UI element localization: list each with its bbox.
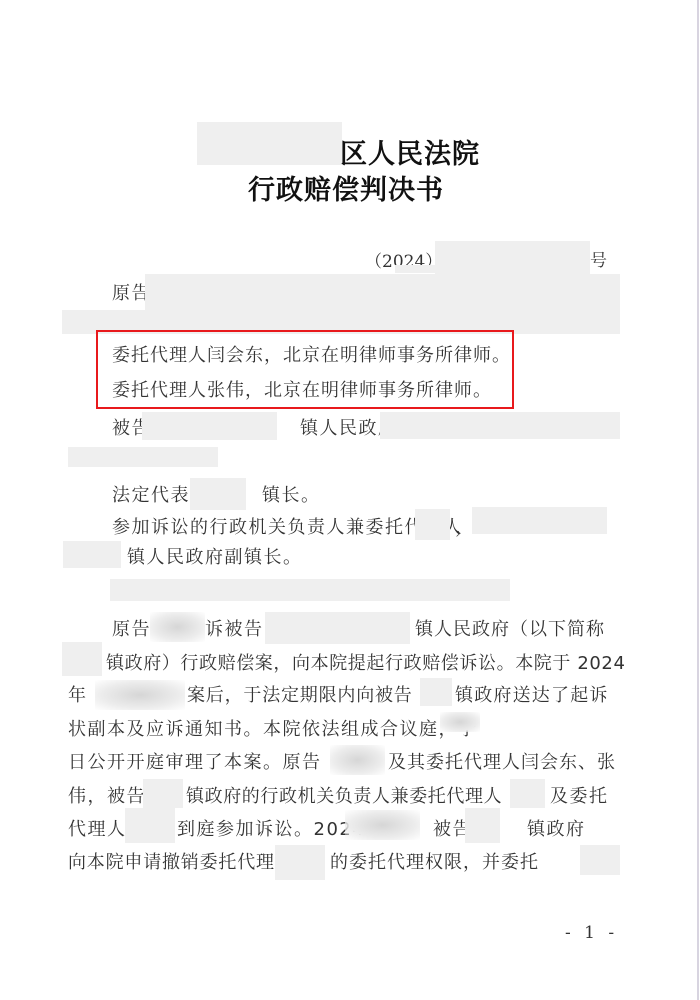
redacted-defendant-name: [142, 412, 277, 440]
para-line-8a: 向本院申请撤销委托代理人: [68, 852, 294, 874]
redacted-hearing-date: [440, 712, 480, 732]
page-number: - 1 -: [565, 923, 618, 943]
para-line-5a: 日公开开庭审理了本案。原告: [68, 752, 322, 774]
para-line-6b: 镇政府的行政机关负责人兼委托代理人: [186, 786, 502, 808]
legal-rep-suffix: 镇长。: [262, 485, 321, 507]
redacted-date: [95, 680, 185, 710]
para-line-3b: 案后，于法定期限内向被告: [187, 685, 413, 707]
redacted-court-name: [197, 122, 342, 165]
redacted-defendant-3: [420, 678, 452, 706]
redacted-agent-name-2: [275, 845, 325, 880]
para-line-7a: 代理人: [68, 819, 127, 841]
redacted-participant-org: [472, 507, 607, 534]
redacted-top-right: [395, 265, 530, 273]
redacted-defendant-4: [143, 779, 183, 808]
para-line-4: 状副本及应诉通知书。本院依法组成合议庭，于: [68, 719, 478, 741]
para-line-3a: 年: [68, 685, 88, 707]
redacted-defendant-5: [465, 808, 500, 843]
redacted-plaintiff-name-2: [330, 745, 385, 775]
para-line-8b: 的委托代理权限，并委托: [330, 852, 539, 874]
redacted-date-2: [345, 810, 420, 840]
redacted-legal-rep-name: [190, 478, 246, 510]
redacted-plaintiff-name: [150, 612, 205, 642]
para-line-1b: 诉被告: [205, 619, 264, 641]
page-edge: [697, 0, 699, 1000]
para-line-3c: 镇政府送达了起诉: [455, 685, 609, 707]
redacted-participant-name-2: [510, 779, 545, 808]
para-line-2: 镇政府）行政赔偿案，向本院提起行政赔偿诉讼。本院于 2024: [106, 653, 626, 675]
para-line-5b: 及其委托代理人闫会东、张: [388, 752, 616, 774]
para-line-6c: 及委托: [550, 786, 609, 808]
redacted-defendant-address-2: [68, 447, 218, 467]
redacted-line: [110, 579, 510, 601]
para-line-7d: 镇政府: [527, 819, 586, 841]
redacted-short-name: [62, 642, 102, 676]
agent-line-2: 委托代理人张伟，北京在明律师事务所律师。: [112, 380, 492, 402]
participant-prefix: 参加诉讼的行政机关负责人兼委托代理人: [112, 517, 463, 539]
agent-line-1: 委托代理人闫会东，北京在明律师事务所律师。: [112, 345, 511, 367]
participant-title: 镇人民政府副镇长。: [127, 547, 303, 569]
redacted-new-agent: [580, 845, 620, 875]
redacted-agent-name: [125, 808, 175, 843]
para-line-1c: 镇人民政府（以下简称: [415, 619, 605, 641]
redacted-participant-name: [415, 509, 450, 540]
redacted-defendant-address: [380, 412, 620, 439]
redacted-defendant-name-2: [265, 612, 410, 644]
para-line-1a: 原告: [112, 619, 151, 641]
redacted-plaintiff-info: [145, 274, 620, 334]
court-title: 区人民法院: [340, 132, 480, 171]
case-number-suffix: 号: [590, 246, 607, 271]
document-type-title: 行政赔偿判决书: [248, 168, 444, 207]
redacted-participant-org-2: [63, 541, 121, 568]
para-line-6a: 伟，被告: [68, 786, 146, 808]
